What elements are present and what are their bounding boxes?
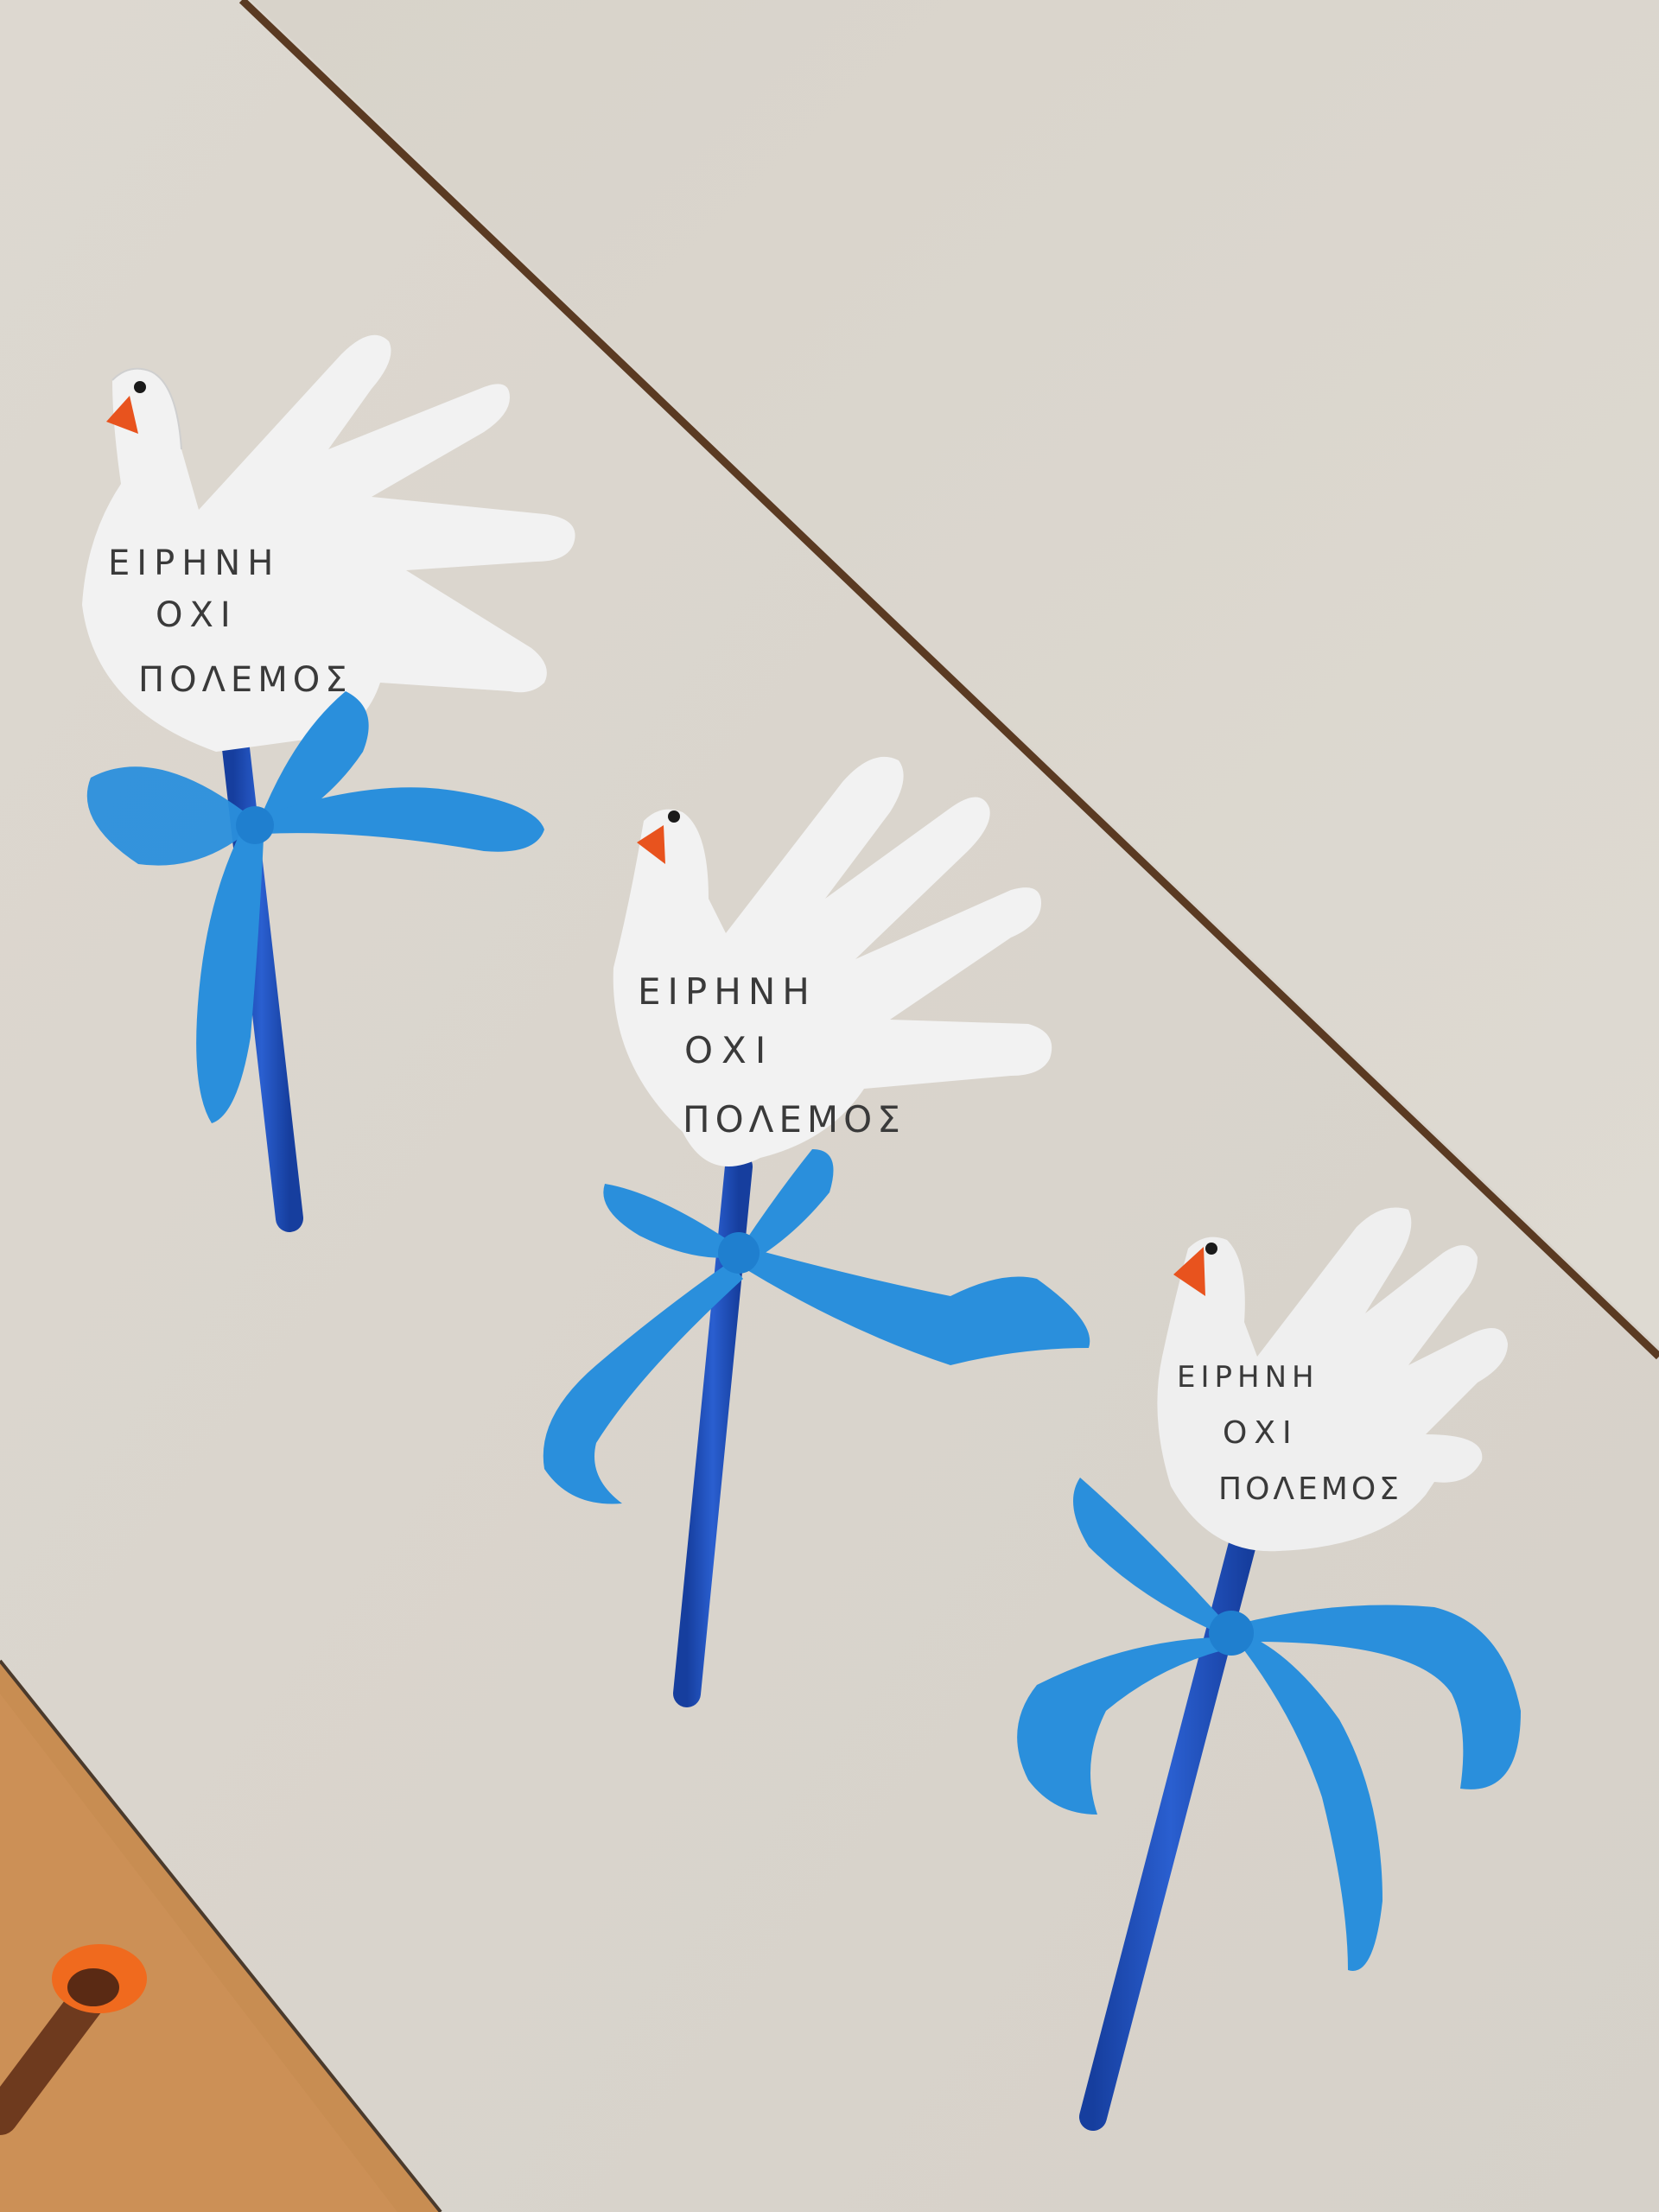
hand-text-line2: ΟΧΙ bbox=[684, 1029, 774, 1071]
eye bbox=[134, 381, 146, 393]
hand-text-line2: ΟΧΙ bbox=[156, 595, 238, 635]
hand-text-line1: ΕΙΡΗΝΗ bbox=[638, 970, 817, 1013]
hand-text-line3: ΠΟΛΕΜΟΣ bbox=[138, 660, 352, 700]
eye bbox=[1205, 1243, 1217, 1255]
hand-text-line3: ΠΟΛΕΜΟΣ bbox=[1218, 1471, 1402, 1507]
hand-text-line3: ΠΟΛΕΜΟΣ bbox=[683, 1098, 906, 1141]
eye bbox=[668, 810, 680, 823]
hand-text-line1: ΕΙΡΗΝΗ bbox=[108, 543, 280, 583]
hand-text-line1: ΕΙΡΗΝΗ bbox=[1177, 1360, 1319, 1395]
photo-scene: ΕΙΡΗΝΗ ΟΧΙ ΠΟΛΕΜΟΣ ΕΙΡΗΝΗ ΟΧΙ ΠΟΛΕΜΟΣ bbox=[0, 0, 1659, 2212]
hand-text-line2: ΟΧΙ bbox=[1223, 1415, 1299, 1451]
